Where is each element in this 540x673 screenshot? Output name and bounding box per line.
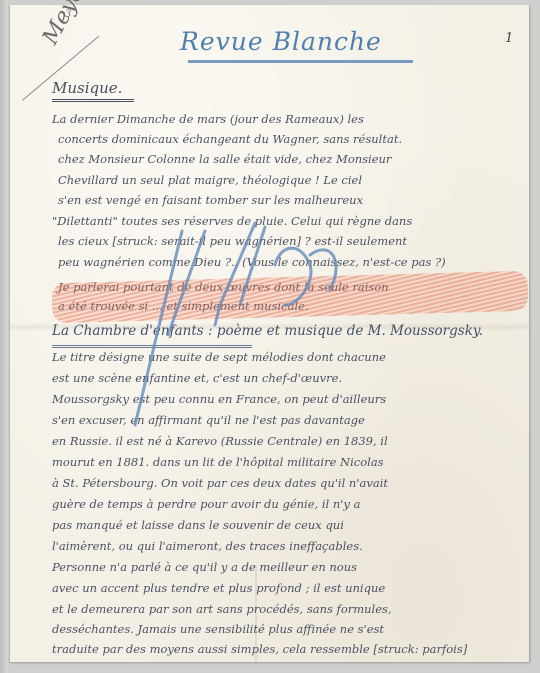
text-line: l'aimèrent, ou qui l'aimeront, des trace…	[52, 539, 363, 553]
title-underline	[188, 60, 413, 63]
text-line: s'en est vengé en faisant tomber sur les…	[58, 193, 363, 207]
section-underline	[52, 99, 134, 100]
text-line: Le titre désigne une suite de sept mélod…	[52, 350, 386, 364]
scan-margin	[0, 0, 8, 673]
document-title: Revue Blanche	[180, 27, 382, 56]
text-line: avec un accent plus tendre et plus profo…	[52, 581, 385, 595]
text-line: traduite par des moyens aussi simples, c…	[52, 642, 467, 656]
text-line: est une scène enfantine et, c'est un che…	[52, 371, 342, 385]
text-line: concerts dominicaux échangeant du Wagner…	[58, 132, 402, 146]
text-line: peu wagnérien comme Dieu ?.. (Vous le co…	[58, 255, 446, 269]
text-line: en Russie. il est né à Karevo (Russie Ce…	[52, 434, 388, 448]
text-line: La dernier Dimanche de mars (jour des Ra…	[52, 112, 364, 126]
section-2-heading: La Chambre d'enfants : poème et musique …	[52, 323, 483, 339]
red-pencil-strikeout	[52, 271, 529, 323]
manuscript-page: 3 Meyer 1 Revue Blanche Musique. La dern…	[9, 5, 529, 662]
text-line: Chevillard un seul plat maigre, théologi…	[58, 173, 362, 187]
text-line: s'en excuser, en affirmant qu'il ne l'es…	[52, 413, 365, 427]
text-line: à St. Pétersbourg. On voit par ces deux …	[52, 476, 388, 490]
text-line: "Dilettanti" toutes ses réserves de plui…	[52, 214, 412, 228]
text-line: les cieux [struck: serait-il peu wagnéri…	[58, 234, 407, 248]
text-line: desséchantes. Jamais une sensibilité plu…	[52, 622, 384, 636]
text-line: chez Monsieur Colonne la salle était vid…	[58, 152, 391, 166]
text-line: mourut en 1881. dans un lit de l'hôpital…	[52, 455, 384, 469]
text-line: Personne n'a parlé à ce qu'il y a de mei…	[52, 560, 357, 574]
page-number: 1	[505, 31, 513, 46]
text-line: Moussorgsky est peu connu en France, on …	[52, 392, 386, 406]
text-line: guère de temps à perdre pour avoir du gé…	[52, 497, 360, 511]
text-line: pas manqué et laisse dans le souvenir de…	[52, 518, 344, 532]
text-line: et le demeurera par son art sans procédé…	[52, 602, 392, 616]
author-annotation: Meyer	[38, 0, 94, 49]
section-2-underline	[52, 345, 252, 346]
section-heading: Musique.	[52, 79, 122, 97]
